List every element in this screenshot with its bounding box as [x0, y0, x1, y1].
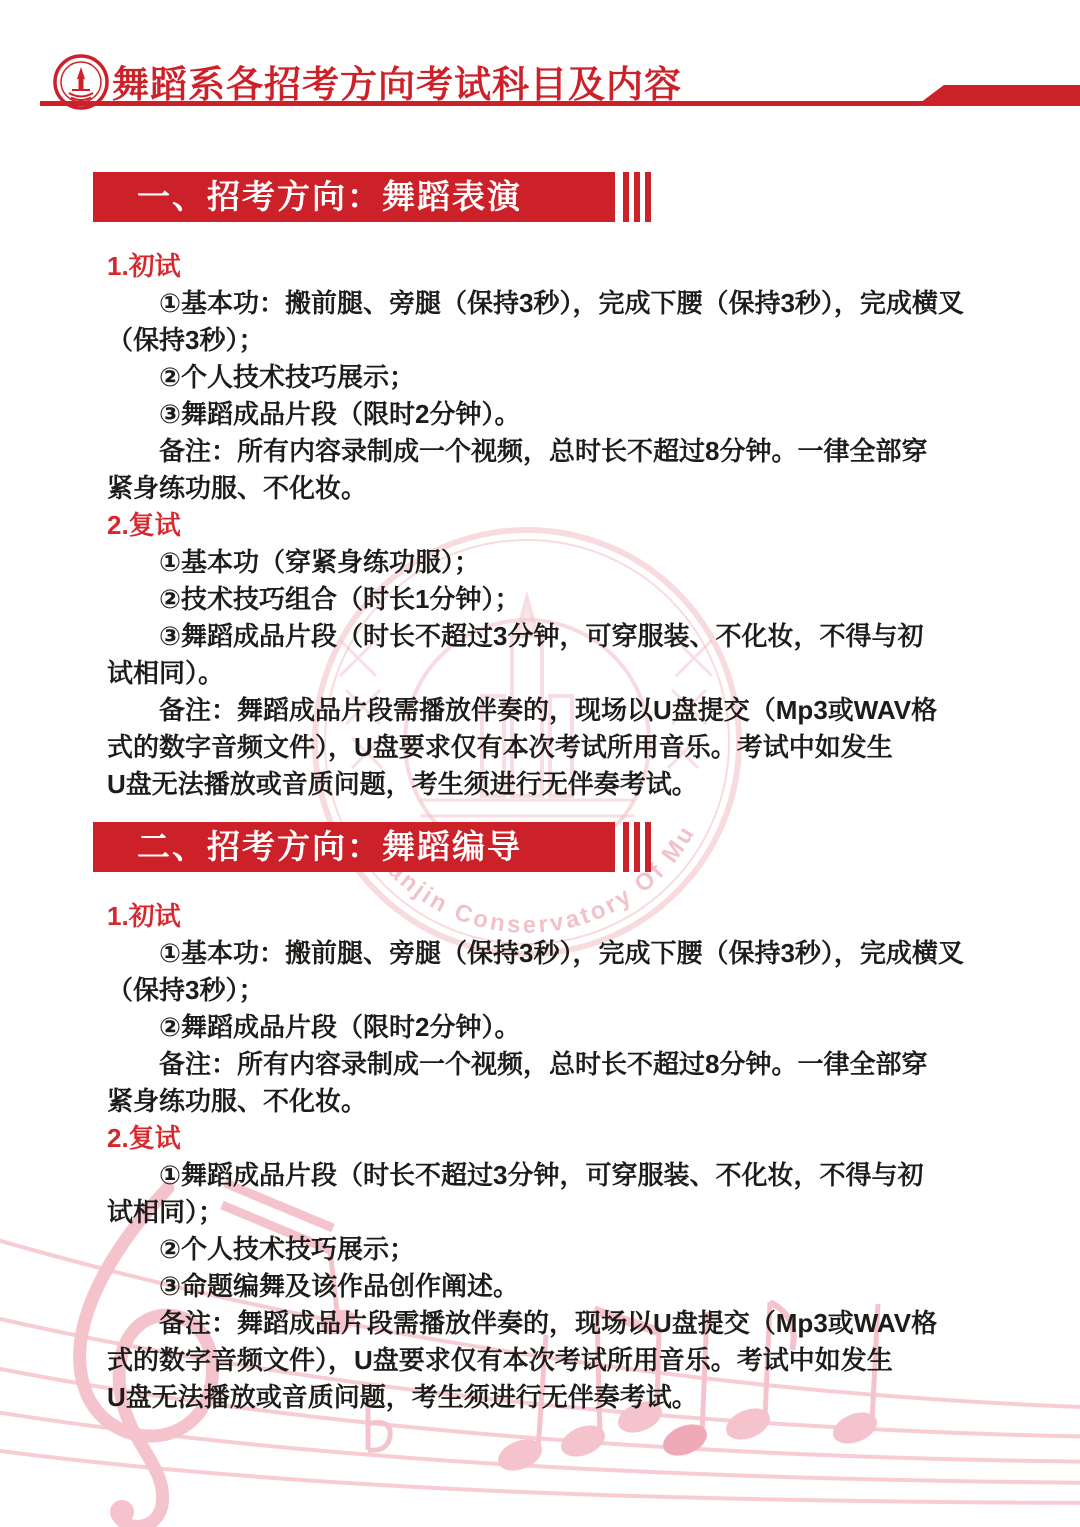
banner-stripe — [623, 172, 629, 222]
exam-item: ①基本功：搬前腿、旁腿（保持3秒），完成下腰（保持3秒），完成横叉 （保持3秒）… — [107, 935, 1017, 1009]
section-banner-row: 二、招考方向：舞蹈编导 — [93, 822, 1080, 872]
banner-stripes — [623, 172, 656, 222]
exam-item: ③舞蹈成品片段（限时2分钟）。 — [107, 396, 1017, 433]
round-subhead: 2.复试 — [107, 507, 1017, 544]
section-dance-performance: 一、招考方向：舞蹈表演 1.初试 ①基本功：搬前腿、旁腿（保持3秒），完成下腰（… — [0, 172, 1080, 803]
round-subhead: 1.初试 — [107, 248, 1017, 285]
exam-note: 备注：所有内容录制成一个视频，总时长不超过8分钟。一律全部穿 紧身练功服、不化妆… — [107, 1046, 1017, 1120]
round-subhead: 2.复试 — [107, 1120, 1017, 1157]
exam-note: 备注：舞蹈成品片段需播放伴奏的，现场以U盘提交（Mp3或WAV格 式的数字音频文… — [107, 1305, 1017, 1416]
banner-stripe — [634, 822, 640, 872]
exam-item: ①基本功（穿紧身练功服）； — [107, 544, 1017, 581]
section-dance-choreography: 二、招考方向：舞蹈编导 1.初试 ①基本功：搬前腿、旁腿（保持3秒），完成下腰（… — [0, 822, 1080, 1416]
exam-note: 备注：所有内容录制成一个视频，总时长不超过8分钟。一律全部穿 紧身练功服、不化妆… — [107, 433, 1017, 507]
banner-stripe — [634, 172, 640, 222]
banner-stripes — [623, 822, 656, 872]
round-subhead: 1.初试 — [107, 898, 1017, 935]
exam-item: ②个人技术技巧展示； — [107, 359, 1017, 396]
exam-item: ②舞蹈成品片段（限时2分钟）。 — [107, 1009, 1017, 1046]
section-body: 1.初试 ①基本功：搬前腿、旁腿（保持3秒），完成下腰（保持3秒），完成横叉 （… — [107, 248, 1017, 803]
exam-note: 备注：舞蹈成品片段需播放伴奏的，现场以U盘提交（Mp3或WAV格 式的数字音频文… — [107, 692, 1017, 803]
exam-item: ②技术技巧组合（时长1分钟）； — [107, 581, 1017, 618]
section-banner: 二、招考方向：舞蹈编导 — [93, 822, 615, 872]
section-body: 1.初试 ①基本功：搬前腿、旁腿（保持3秒），完成下腰（保持3秒），完成横叉 （… — [107, 898, 1017, 1416]
exam-item: ①舞蹈成品片段（时长不超过3分钟，可穿服装、不化妆，不得与初 试相同）； — [107, 1157, 1017, 1231]
exam-item: ③舞蹈成品片段（时长不超过3分钟，可穿服装、不化妆，不得与初 试相同）。 — [107, 618, 1017, 692]
banner-stripe — [645, 172, 651, 222]
section-banner: 一、招考方向：舞蹈表演 — [93, 172, 615, 222]
page: Tianjin Conservatory Of Music 1958.10 — [0, 0, 1080, 1527]
banner-stripe — [645, 822, 651, 872]
banner-stripe — [623, 822, 629, 872]
exam-item: ③命题编舞及该作品创作阐述。 — [107, 1268, 1017, 1305]
header-rule — [40, 101, 930, 106]
exam-item: ①基本功：搬前腿、旁腿（保持3秒），完成下腰（保持3秒），完成横叉 （保持3秒）… — [107, 285, 1017, 359]
header-rule-accent — [916, 85, 1080, 106]
exam-item: ②个人技术技巧展示； — [107, 1231, 1017, 1268]
section-banner-row: 一、招考方向：舞蹈表演 — [93, 172, 1080, 222]
page-title: 舞蹈系各招考方向考试科目及内容 — [112, 54, 682, 108]
